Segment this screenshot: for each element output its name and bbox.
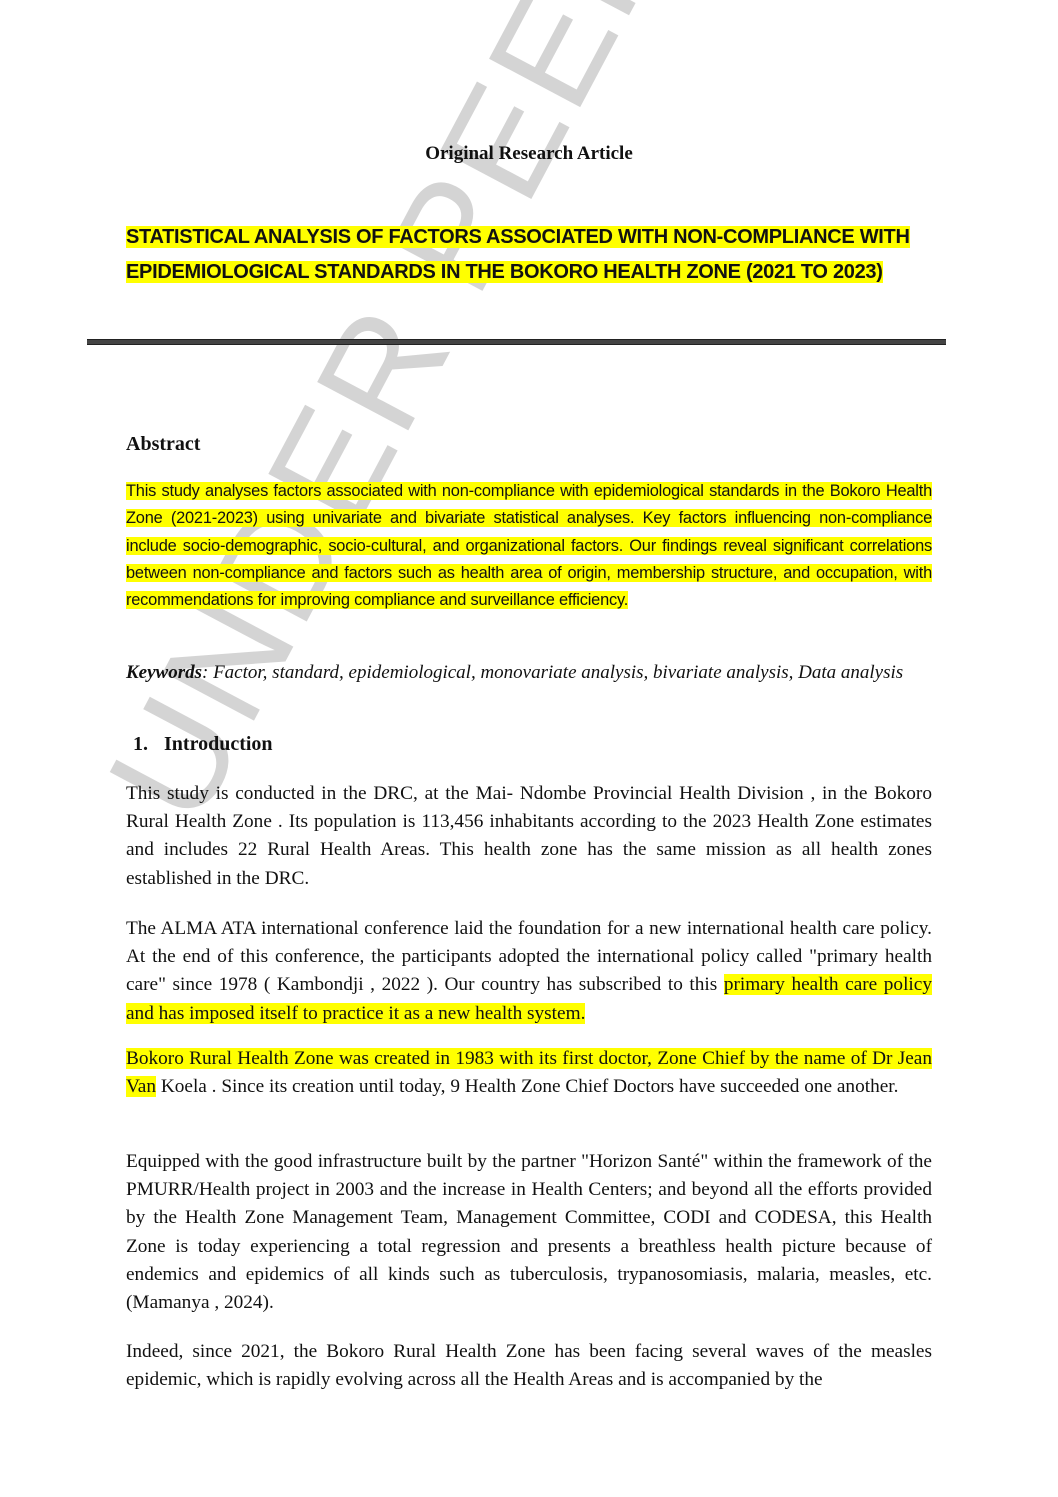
keywords-label: Keywords — [126, 662, 202, 683]
intro-paragraph-5: Indeed, since 2021, the Bokoro Rural Hea… — [126, 1338, 932, 1394]
paper-title: STATISTICAL ANALYSIS OF FACTORS ASSOCIAT… — [126, 220, 916, 290]
intro-paragraph-3: Bokoro Rural Health Zone was created in … — [126, 1045, 932, 1101]
intro-paragraph-4: Equipped with the good infrastructure bu… — [126, 1148, 932, 1317]
section-title: Introduction — [164, 733, 273, 755]
title-separator — [87, 339, 946, 345]
keywords-text: : Factor, standard, epidemiological, mon… — [202, 662, 903, 683]
watermark-under-peer-review: UNDER PEER REVIEW — [74, 0, 1018, 847]
abstract-heading: Abstract — [126, 433, 932, 456]
intro-paragraph-1: This study is conducted in the DRC, at t… — [126, 780, 932, 893]
intro-paragraph-2: The ALMA ATA international conference la… — [126, 915, 932, 1028]
section-number: 1. — [133, 733, 164, 756]
keywords: Keywords: Factor, standard, epidemiologi… — [126, 659, 932, 687]
abstract-body: This study analyses factors associated w… — [126, 478, 932, 614]
article-type-label: Original Research Article — [0, 143, 1058, 165]
abstract-text: This study analyses factors associated w… — [126, 482, 932, 609]
paper-title-text: STATISTICAL ANALYSIS OF FACTORS ASSOCIAT… — [126, 226, 910, 283]
section-heading-introduction: 1.Introduction — [133, 733, 939, 756]
intro-paragraph-3-text: Koela . Since its creation until today, … — [156, 1076, 898, 1097]
document-page: UNDER PEER REVIEW Original Research Arti… — [0, 0, 1058, 1497]
